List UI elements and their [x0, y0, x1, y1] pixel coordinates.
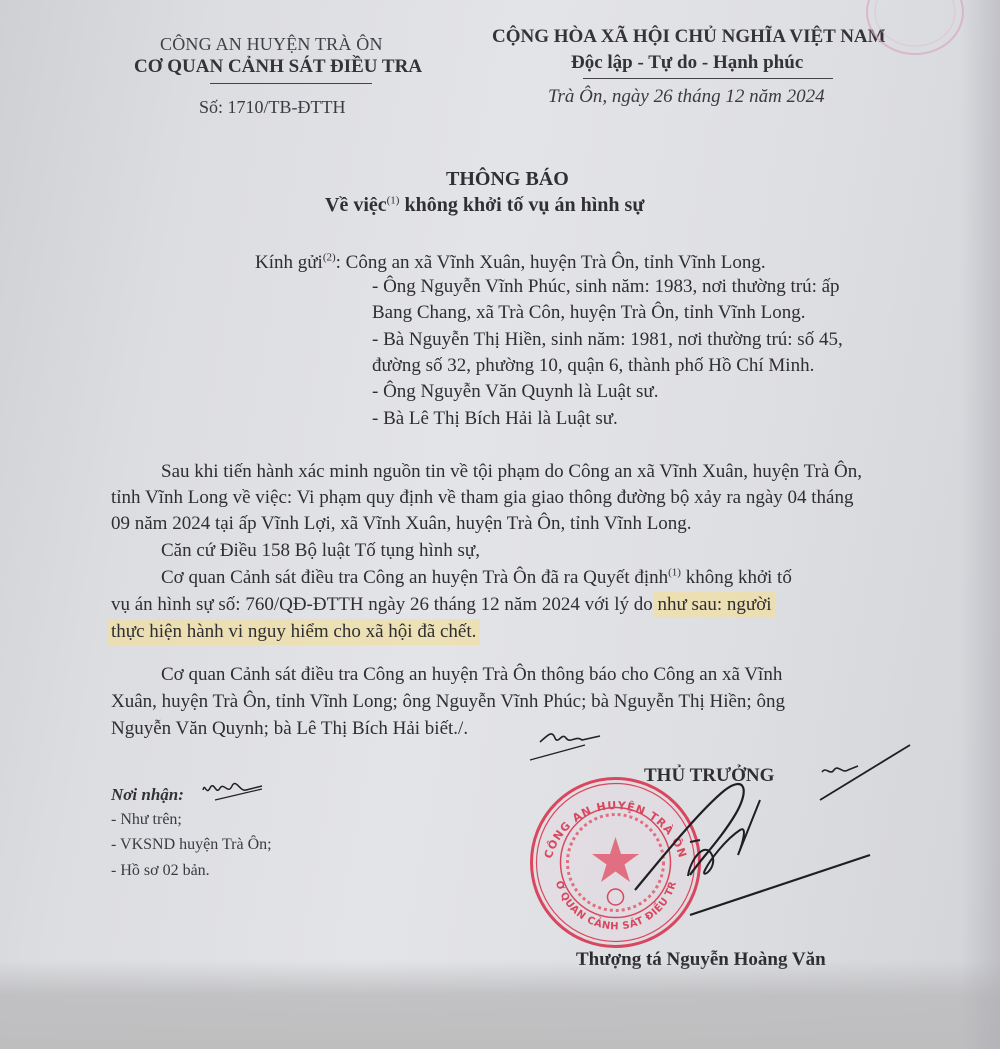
- subject-text: không khởi tố vụ án hình sự: [399, 194, 644, 216]
- recipient-line: Bang Chang, xã Trà Côn, huyện Trà Ôn, tỉ…: [372, 302, 806, 324]
- recipient-line: : Công an xã Vĩnh Xuân, huyện Trà Ôn, tỉ…: [336, 252, 766, 273]
- issuing-department: CƠ QUAN CẢNH SÁT ĐIỀU TRA: [134, 56, 422, 78]
- footnote-marker: (1): [387, 194, 400, 206]
- motto-underline: [583, 78, 833, 79]
- national-title: CỘNG HÒA XÃ HỘI CHỦ NGHĨA VIỆT NAM: [492, 26, 886, 48]
- recipient-line: đường số 32, phường 10, quận 6, thành ph…: [372, 355, 814, 377]
- body-line: tỉnh Vĩnh Long về việc: Vi phạm quy định…: [111, 487, 854, 509]
- document-title: THÔNG BÁO: [446, 168, 569, 191]
- body-line: thực hiện hành vi nguy hiểm cho xã hội đ…: [111, 621, 476, 643]
- place-and-date: Trà Ôn, ngày 26 tháng 12 năm 2024: [548, 86, 825, 108]
- issuing-agency: CÔNG AN HUYỆN TRÀ ÔN: [160, 34, 383, 55]
- body-text: vụ án hình sự số: 760/QĐ-ĐTTH ngày 26 th…: [111, 594, 658, 615]
- paper-shadow: [0, 960, 1000, 1049]
- distribution-label: Nơi nhận:: [111, 785, 184, 805]
- official-seal-icon: CÔNG AN HUYỆN TRÀ ÔN CƠ QUAN CẢNH SÁT ĐI…: [528, 775, 703, 950]
- recipient-line: - Bà Lê Thị Bích Hải là Luật sư.: [372, 408, 618, 430]
- recipient-line: - Ông Nguyễn Văn Quynh là Luật sư.: [372, 381, 658, 403]
- body-line: Sau khi tiến hành xác minh nguồn tin về …: [161, 461, 862, 483]
- recipients-label-text: Kính gửi: [255, 252, 323, 273]
- highlighted-text: thực hiện hành vi nguy hiểm cho xã hội đ…: [107, 619, 480, 645]
- body-text: không khởi tố: [681, 567, 792, 588]
- recipient-line: - Bà Nguyễn Thị Hiền, sinh năm: 1981, nơ…: [372, 329, 843, 351]
- body-line: Nguyễn Văn Quynh; bà Lê Thị Bích Hải biế…: [111, 718, 468, 740]
- document-number: Số: 1710/TB-ĐTTH: [199, 97, 346, 118]
- footnote-marker: (1): [668, 567, 681, 579]
- recipient-line: - Ông Nguyễn Vĩnh Phúc, sinh năm: 1983, …: [372, 276, 840, 298]
- body-line: 09 năm 2024 tại ấp Vĩnh Lợi, xã Vĩnh Xuâ…: [111, 513, 692, 535]
- body-line: Cơ quan Cảnh sát điều tra Công an huyện …: [161, 664, 782, 686]
- faint-stamp-icon: [860, 0, 970, 60]
- paper-edge: [960, 0, 1000, 1049]
- recipients-label: Kính gửi(2): Công an xã Vĩnh Xuân, huyện…: [255, 252, 766, 274]
- body-line: Xuân, huyện Trà Ôn, tỉnh Vĩnh Long; ông …: [111, 691, 785, 713]
- department-underline: [210, 83, 372, 84]
- distribution-item: - Hồ sơ 02 bản.: [111, 862, 210, 880]
- distribution-item: - VKSND huyện Trà Ôn;: [111, 836, 272, 854]
- distribution-item: - Như trên;: [111, 811, 182, 829]
- national-motto: Độc lập - Tự do - Hạnh phúc: [571, 52, 803, 74]
- body-line: Cơ quan Cảnh sát điều tra Công an huyện …: [161, 567, 792, 589]
- body-text: Cơ quan Cảnh sát điều tra Công an huyện …: [161, 567, 668, 588]
- body-line: vụ án hình sự số: 760/QĐ-ĐTTH ngày 26 th…: [111, 594, 772, 616]
- legal-basis: Căn cứ Điều 158 Bộ luật Tố tụng hình sự,: [161, 540, 480, 562]
- footnote-marker: (2): [323, 252, 336, 264]
- subject-prefix: Về việc: [325, 194, 387, 216]
- highlighted-text: như sau: người: [654, 592, 776, 618]
- document-subject: Về việc(1) không khởi tố vụ án hình sự: [325, 194, 644, 217]
